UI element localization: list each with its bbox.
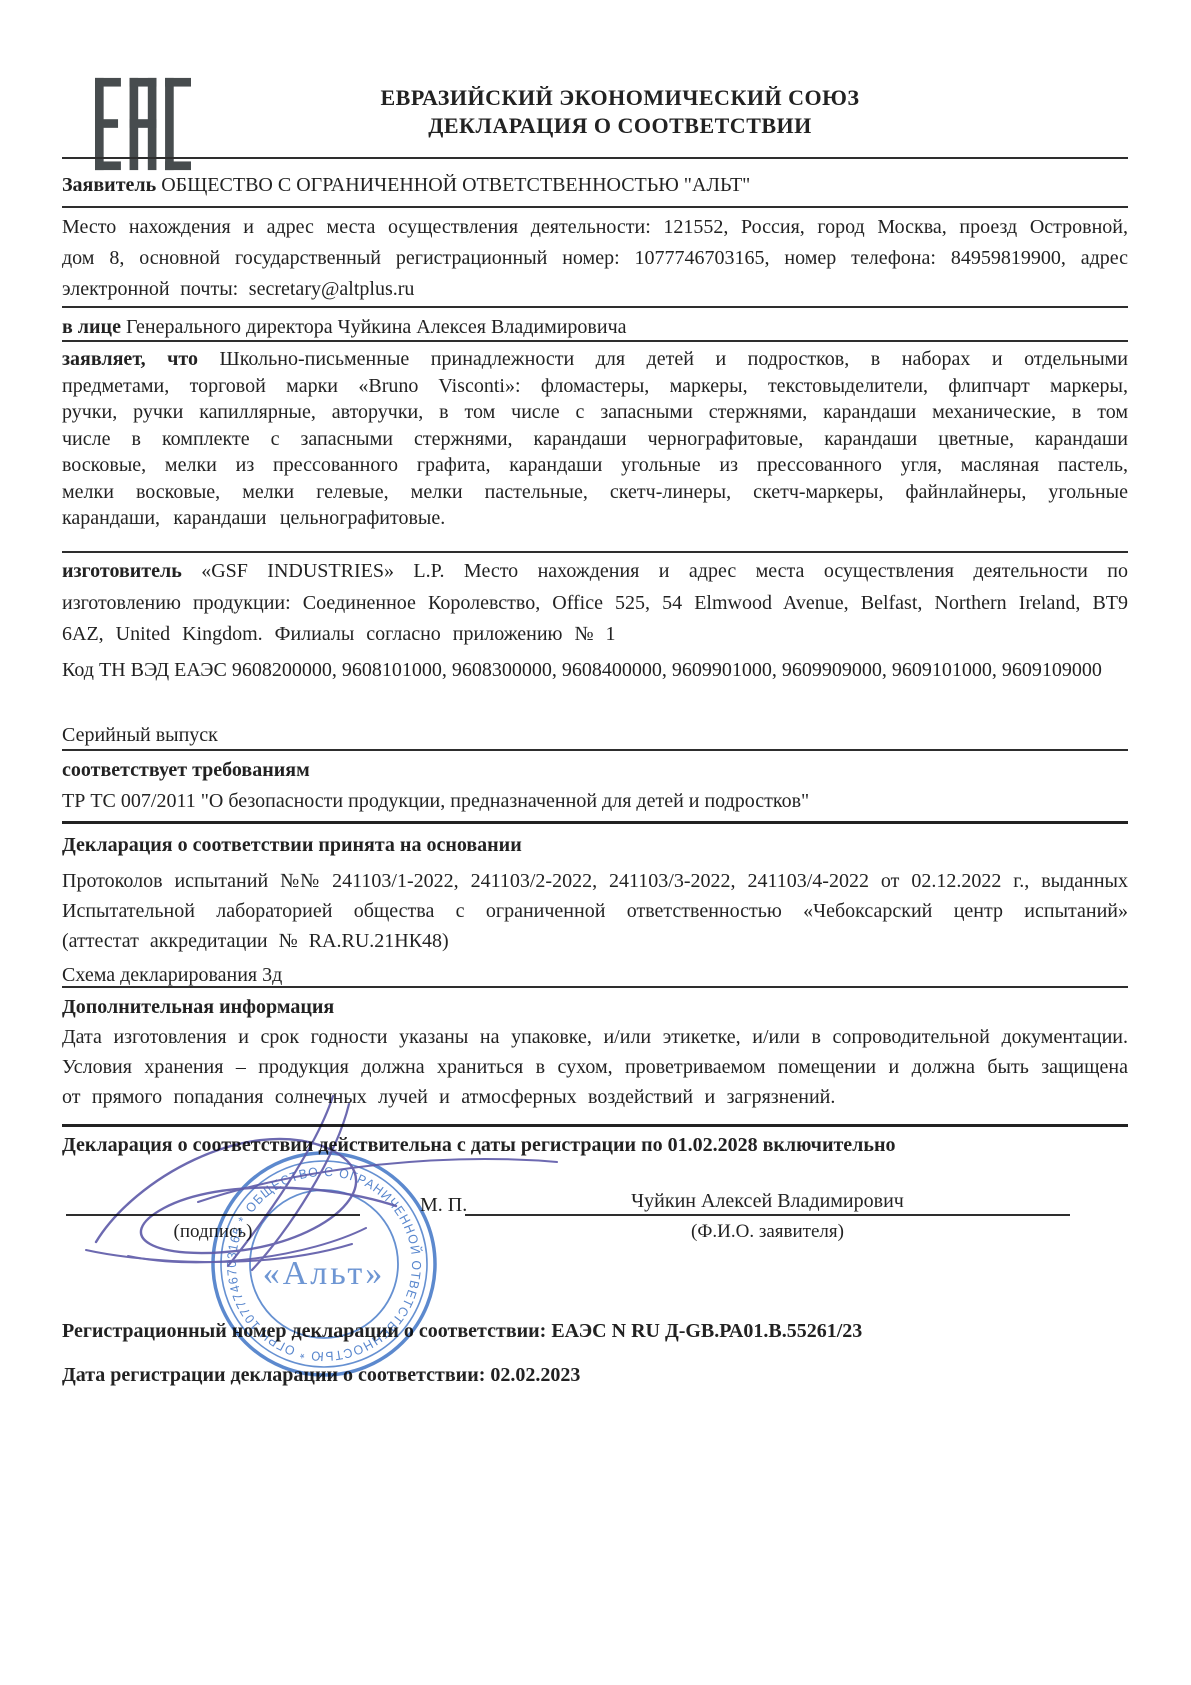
representative-label: в лице [62, 316, 121, 338]
declares-value: Школьно-письменные принадлежности для де… [62, 348, 1128, 529]
page-title: ДЕКЛАРАЦИЯ О СООТВЕТСТВИИ [250, 112, 990, 140]
eac-logo-icon [95, 76, 191, 177]
product-description: заявляет, что Школьно-письменные принадл… [62, 346, 1128, 532]
applicant-address: Место нахождения и адрес места осуществл… [62, 212, 1128, 305]
divider [62, 986, 1128, 988]
tnved-codes: Код ТН ВЭД ЕАЭС 9608200000, 9608101000, … [62, 655, 1128, 686]
applicant-row: Заявитель ОБЩЕСТВО С ОГРАНИЧЕННОЙ ОТВЕТС… [62, 170, 1128, 201]
manufacturer-label: изготовитель [62, 560, 182, 582]
representative-value: Генерального директора Чуйкина Алексея В… [126, 316, 627, 338]
basis-heading: Декларация о соответствии принята на осн… [62, 830, 1128, 861]
divider [62, 821, 1128, 824]
divider [62, 340, 1128, 342]
additional-text: Дата изготовления и срок годности указан… [62, 1022, 1128, 1112]
compliance-regulation: ТР ТС 007/2011 "О безопасности продукции… [62, 786, 1128, 817]
union-name: ЕВРАЗИЙСКИЙ ЭКОНОМИЧЕСКИЙ СОЮЗ [250, 84, 990, 112]
serial-release: Серийный выпуск [62, 720, 1128, 751]
divider [62, 1124, 1128, 1127]
handwritten-signature [86, 1096, 557, 1270]
applicant-label: Заявитель [62, 174, 156, 196]
declaration-document: ЕВРАЗИЙСКИЙ ЭКОНОМИЧЕСКИЙ СОЮЗ ДЕКЛАРАЦИ… [0, 0, 1191, 1685]
divider [62, 206, 1128, 208]
registration-date: Дата регистрации декларации о соответств… [62, 1360, 1128, 1391]
declares-label: заявляет, что [62, 348, 198, 370]
stamp-center-text: «Альт» [263, 1255, 386, 1292]
applicant-value: ОБЩЕСТВО С ОГРАНИЧЕННОЙ ОТВЕТСТВЕННОСТЬЮ… [161, 174, 750, 196]
manufacturer-value: «GSF INDUSTRIES» L.P. Место нахождения и… [62, 560, 1128, 645]
manufacturer-paragraph: изготовитель «GSF INDUSTRIES» L.P. Место… [62, 556, 1128, 651]
document-header: ЕВРАЗИЙСКИЙ ЭКОНОМИЧЕСКИЙ СОЮЗ ДЕКЛАРАЦИ… [250, 84, 990, 140]
registration-number: Регистрационный номер декларации о соотв… [62, 1316, 1128, 1347]
validity-statement: Декларация о соответствии действительна … [62, 1130, 1128, 1161]
divider [62, 306, 1128, 308]
signature-line [66, 1186, 360, 1216]
representative-row: в лице Генерального директора Чуйкина Ал… [62, 312, 1128, 343]
compliance-heading: соответствует требованиям [62, 755, 1128, 786]
name-line [465, 1186, 1070, 1216]
divider [62, 157, 1128, 159]
stamp-place-mark: М. П. [420, 1190, 467, 1221]
signature-caption: (подпись) [66, 1221, 360, 1243]
divider [62, 551, 1128, 553]
test-protocols: Протоколов испытаний №№ 241103/1-2022, 2… [62, 866, 1128, 956]
additional-heading: Дополнительная информация [62, 992, 1128, 1023]
name-caption: (Ф.И.О. заявителя) [465, 1221, 1070, 1243]
divider [62, 749, 1128, 751]
